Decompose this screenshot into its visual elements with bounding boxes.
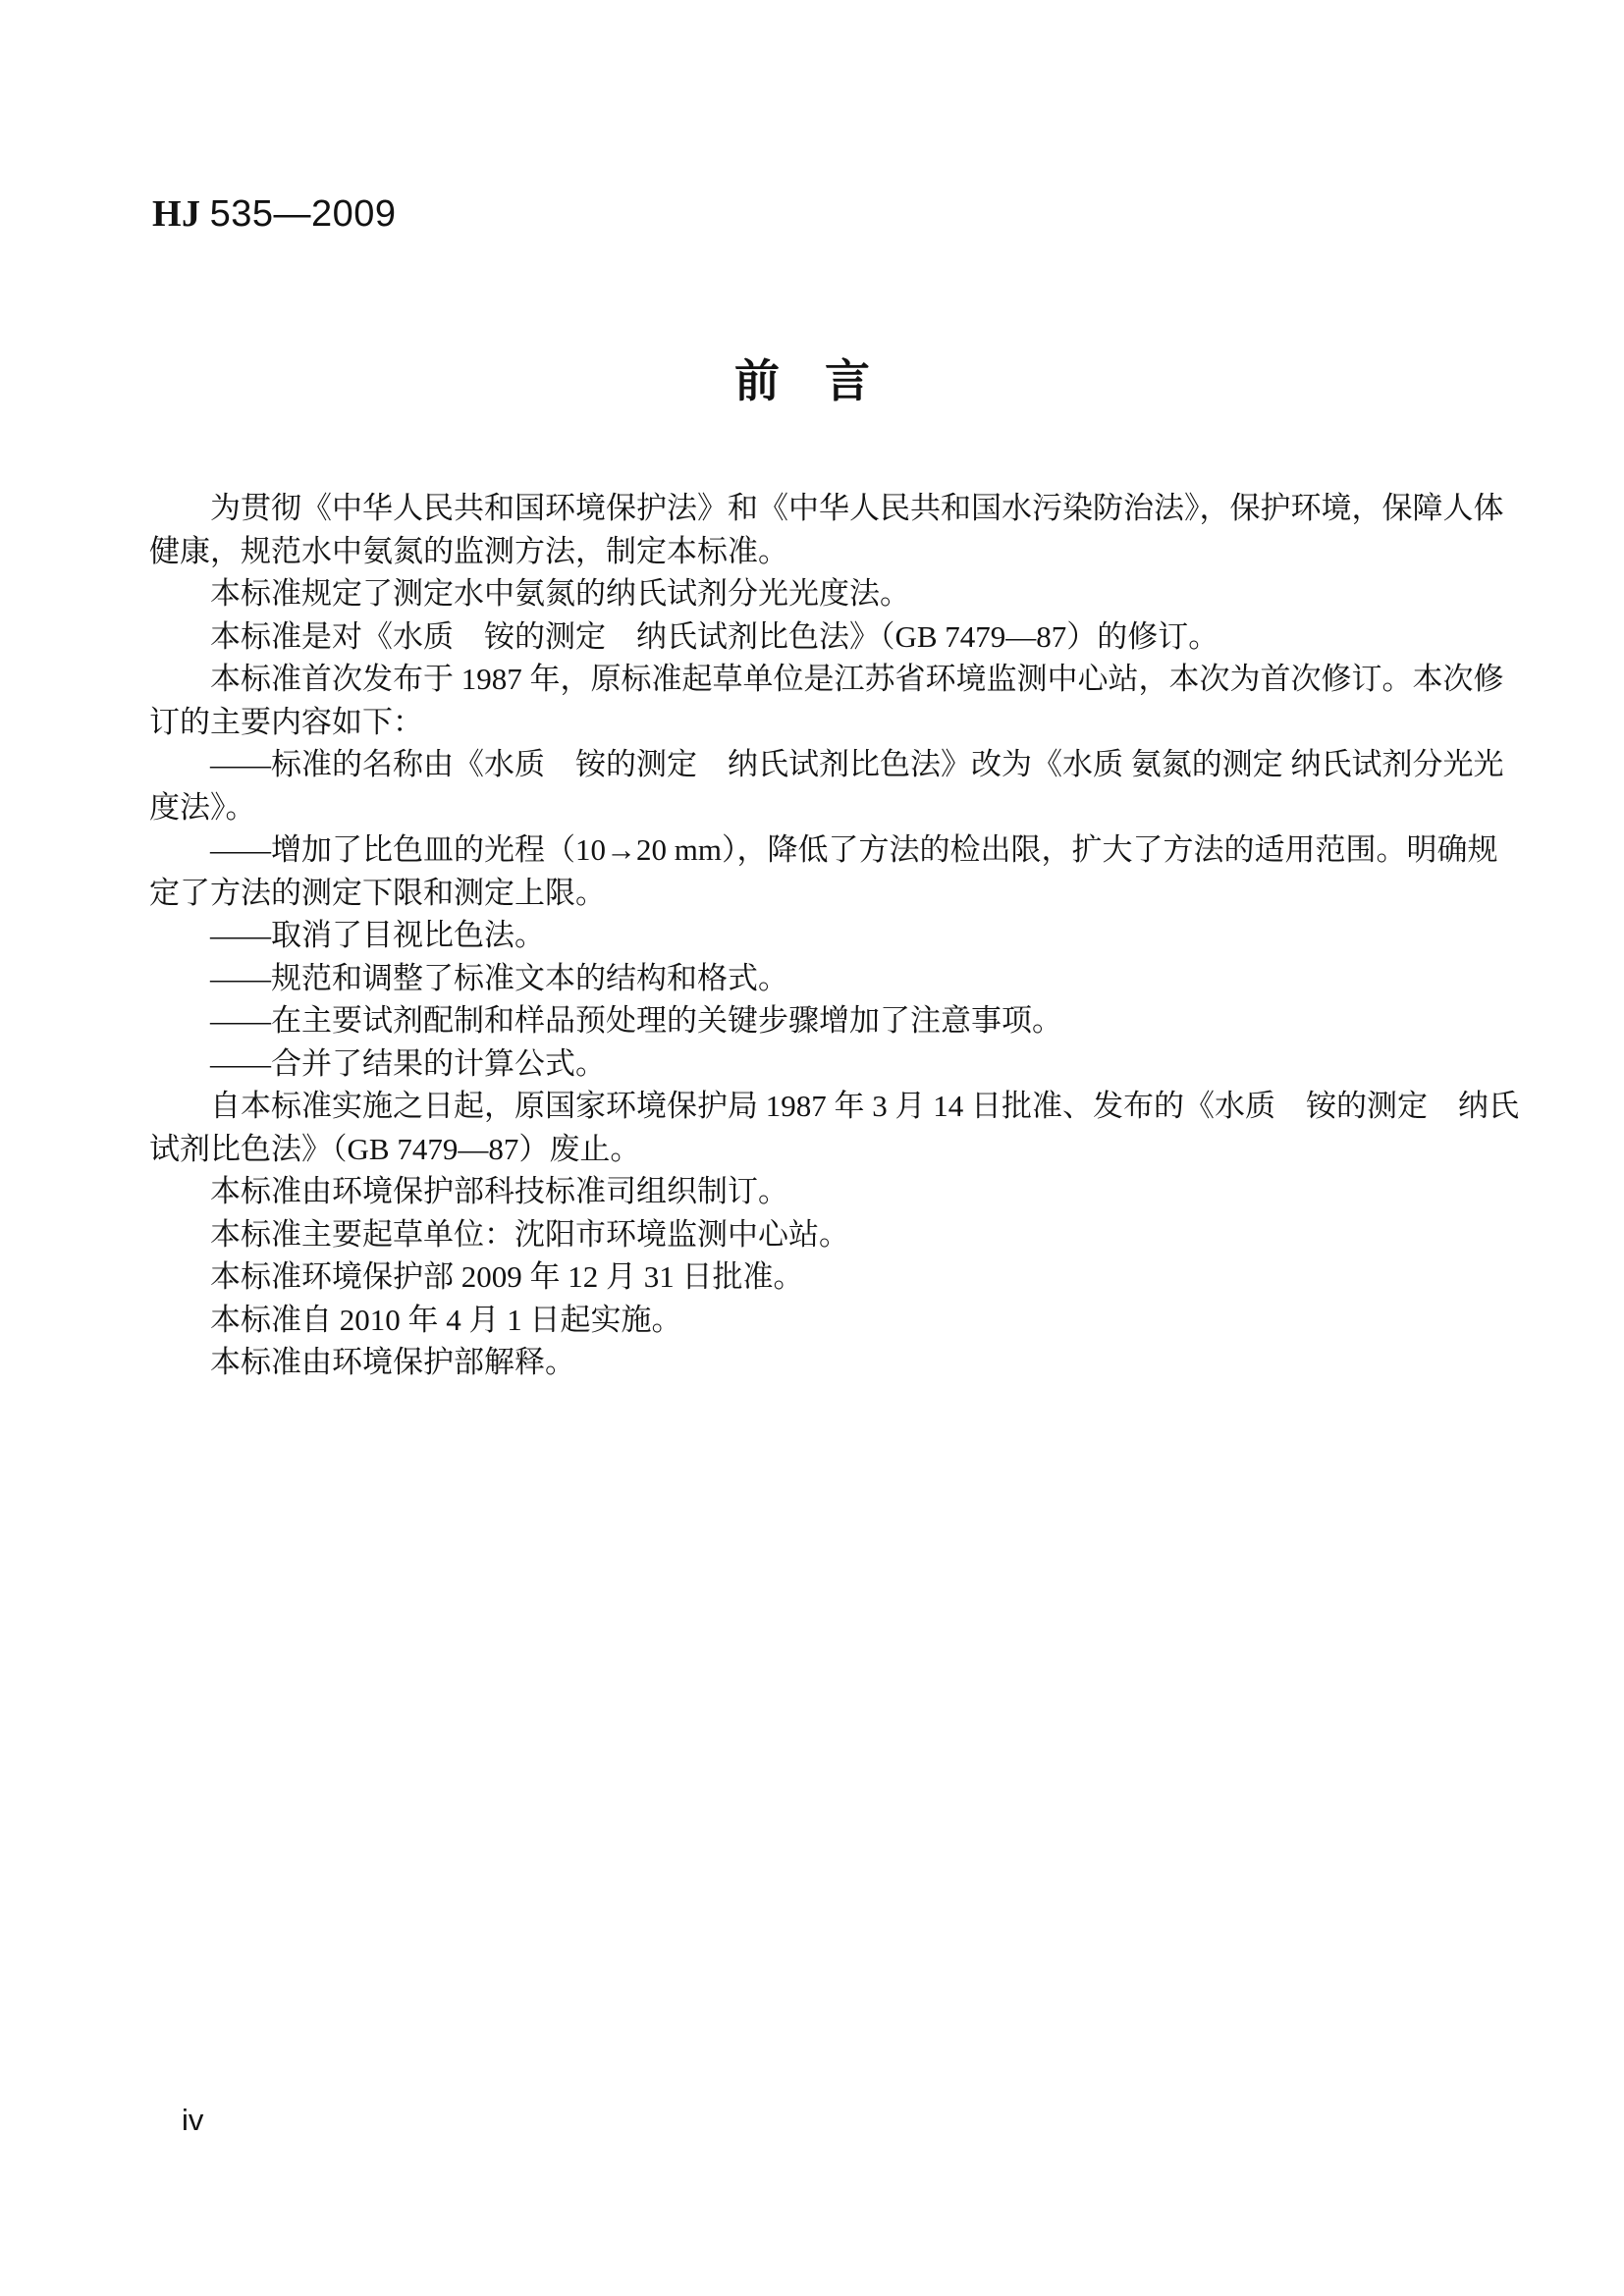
document-page: HJ535—2009 前 言 为贯彻《中华人民共和国环境保护法》和《中华人民共和…	[0, 0, 1624, 2296]
standard-year-number: 535—2009	[210, 193, 397, 235]
text-line: ——增加了比色皿的光程（10→20 mm），降低了方法的检出限，扩大了方法的适用…	[149, 828, 1524, 872]
text-line: 本标准规定了测定水中氨氮的纳氏试剂分光光度法。	[149, 572, 1524, 615]
standard-number: HJ535—2009	[152, 192, 397, 236]
text-line: 定了方法的测定下限和测定上限。	[149, 872, 1524, 915]
text-line: 订的主要内容如下：	[149, 701, 1524, 744]
text-line: ——取消了目视比色法。	[149, 914, 1524, 957]
text-line: 试剂比色法》（GB 7479—87）废止。	[149, 1128, 1524, 1171]
text-line: 本标准环境保护部 2009 年 12 月 31 日批准。	[149, 1255, 1524, 1299]
text-line: 本标准是对《水质 铵的测定 纳氏试剂比色法》（GB 7479—87）的修订。	[149, 615, 1524, 659]
document-title: 前 言	[0, 346, 1604, 410]
text-line: 本标准首次发布于 1987 年，原标准起草单位是江苏省环境监测中心站，本次为首次…	[149, 658, 1524, 701]
standard-code: HJ	[152, 193, 201, 235]
text-line: 为贯彻《中华人民共和国环境保护法》和《中华人民共和国水污染防治法》，保护环境，保…	[149, 487, 1524, 530]
text-line: 自本标准实施之日起，原国家环境保护局 1987 年 3 月 14 日批准、发布的…	[149, 1085, 1524, 1128]
body-lines: 为贯彻《中华人民共和国环境保护法》和《中华人民共和国水污染防治法》，保护环境，保…	[149, 487, 1524, 1384]
text-line: ——规范和调整了标准文本的结构和格式。	[149, 957, 1524, 1000]
text-line: ——在主要试剂配制和样品预处理的关键步骤增加了注意事项。	[149, 999, 1524, 1042]
text-line: ——合并了结果的计算公式。	[149, 1042, 1524, 1086]
text-line: 本标准主要起草单位：沈阳市环境监测中心站。	[149, 1213, 1524, 1256]
text-line: ——标准的名称由《水质 铵的测定 纳氏试剂比色法》改为《水质 氨氮的测定 纳氏试…	[149, 743, 1524, 786]
text-line: 本标准由环境保护部科技标准司组织制订。	[149, 1170, 1524, 1213]
text-line: 本标准由环境保护部解释。	[149, 1341, 1524, 1384]
text-line: 健康，规范水中氨氮的监测方法，制定本标准。	[149, 530, 1524, 573]
text-line: 度法》。	[149, 786, 1524, 829]
text-line: 本标准自 2010 年 4 月 1 日起实施。	[149, 1299, 1524, 1342]
page-number: iv	[182, 2103, 203, 2138]
